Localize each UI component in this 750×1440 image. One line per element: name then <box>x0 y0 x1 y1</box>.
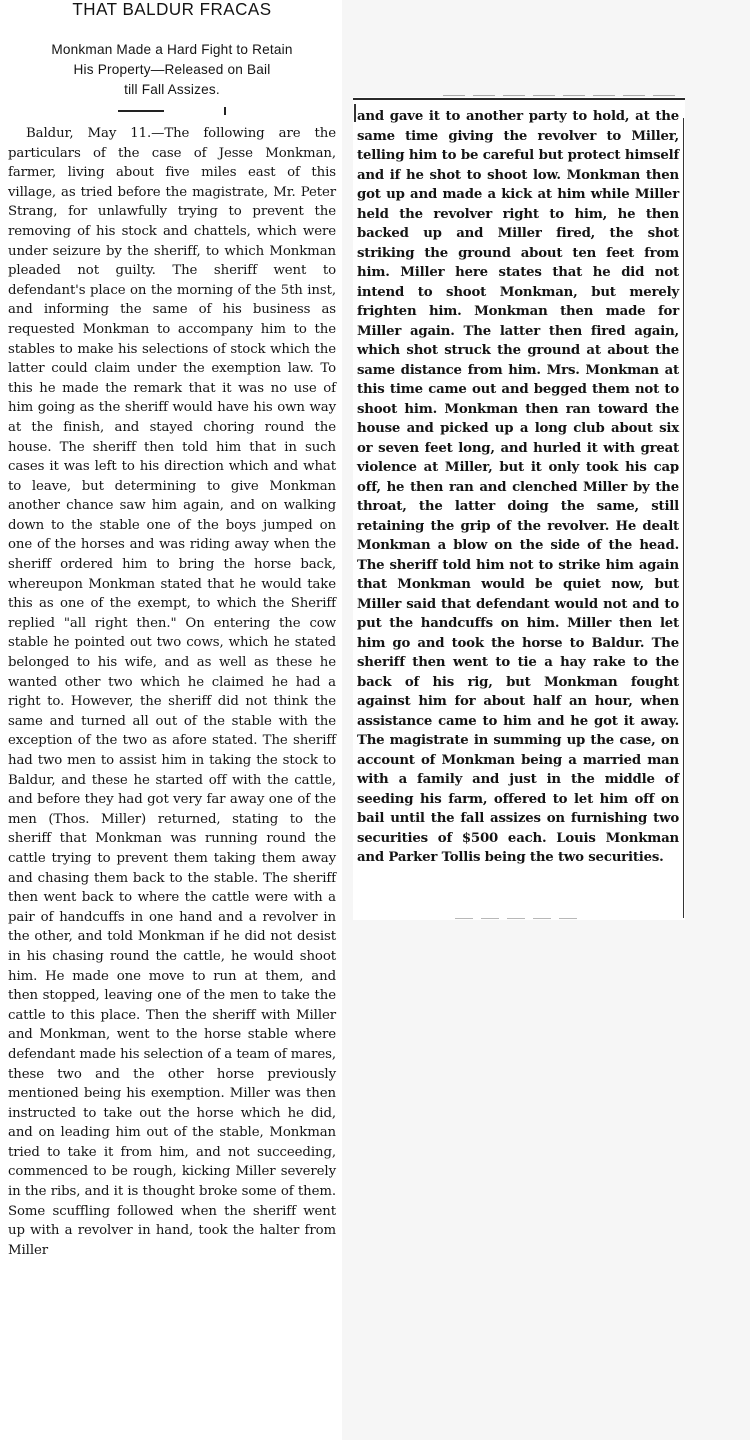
column-right-rule <box>683 118 684 918</box>
subheadline: Monkman Made a Hard Fight to Retain His … <box>8 40 336 100</box>
subheadline-line-3: till Fall Assizes. <box>8 80 336 100</box>
headline: THAT BALDUR FRACAS <box>8 0 336 21</box>
divider-dash <box>118 110 164 112</box>
column-top-rule <box>353 98 685 100</box>
article-body-right: and gave it to another party to hold, at… <box>357 103 679 868</box>
section-divider <box>8 102 336 120</box>
newspaper-clipping-right-column: and gave it to another party to hold, at… <box>353 97 685 920</box>
article-body-left: Baldur, May 11.—The following are the pa… <box>8 124 336 1260</box>
divider-tick <box>224 107 226 115</box>
newspaper-clipping-left-column: THAT BALDUR FRACAS Monkman Made a Hard F… <box>0 0 342 1440</box>
column-left-mark <box>354 104 356 122</box>
subheadline-line-1: Monkman Made a Hard Fight to Retain <box>8 40 336 60</box>
subheadline-line-2: His Property—Released on Bail <box>8 60 336 80</box>
faint-bottom-rule <box>455 918 585 919</box>
faint-top-rule <box>443 95 683 96</box>
